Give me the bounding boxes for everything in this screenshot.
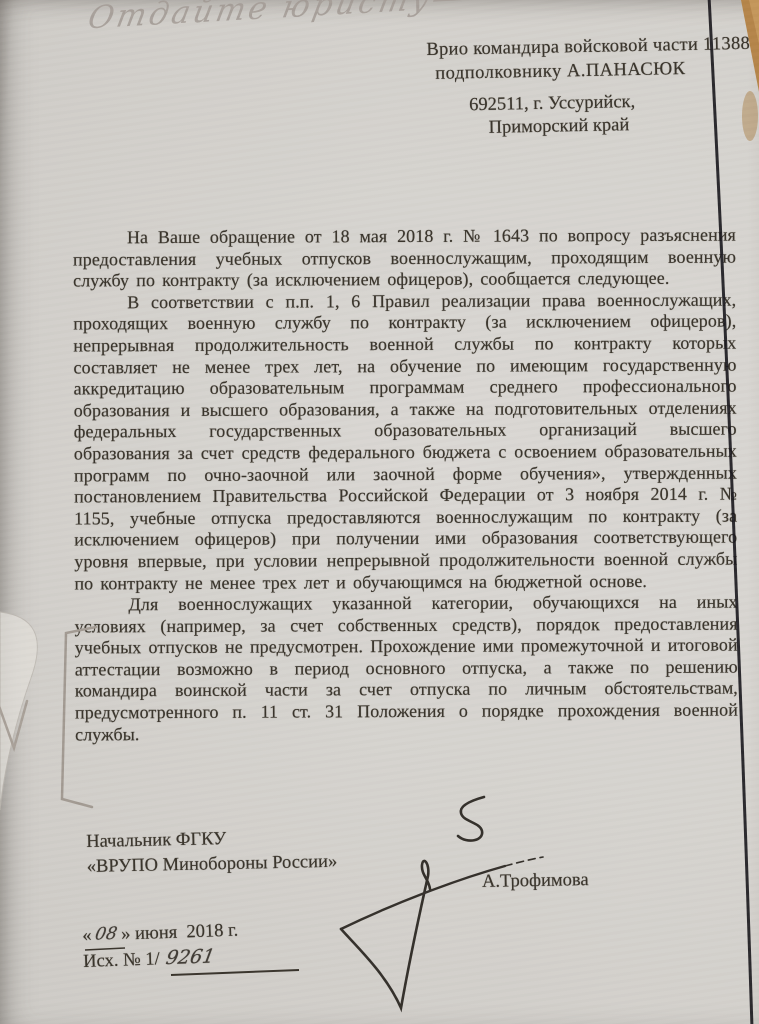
scanned-letter-page: Отдайте юристу— Врио командира войсковой… <box>0 0 759 1024</box>
date-open-quote: « <box>82 926 92 946</box>
date-close-quote: » <box>121 924 131 944</box>
handwritten-outgoing-number: 9261 <box>164 945 216 969</box>
date-month-year: июня 2018 г. <box>135 921 239 945</box>
recipient-line-1: Врио командира войсковой части 11388 <box>426 34 750 61</box>
signer-title-line-2: «ВРУПО Минобороны России» <box>87 850 338 880</box>
address-line-1: 692511, г. Уссурийск, <box>469 92 635 116</box>
outgoing-label: Исх. № 1/ <box>83 949 160 972</box>
body-paragraph-3: Для военнослужащих указанной категории, … <box>74 592 738 746</box>
handwritten-pencil-note: Отдайте юристу— <box>85 0 511 36</box>
outgoing-number-line: Исх. № 1/9261 <box>83 945 240 974</box>
footer-block: «08» июня 2018 г. Исх. № 1/9261 <box>82 921 239 974</box>
signer-name: А.Трофимова <box>482 870 589 893</box>
signer-title-block: Начальник ФГКУ «ВРУПО Минобороны России» <box>86 825 337 880</box>
address-line-2: Приморский край <box>488 115 629 139</box>
letter-body: На Ваше обращение от 18 мая 2018 г. № 16… <box>73 225 738 746</box>
recipient-line-2: подполковнику А.ПАНАСЮК <box>435 59 686 85</box>
body-paragraph-1: На Ваше обращение от 18 мая 2018 г. № 16… <box>73 225 736 293</box>
body-paragraph-2: В соответствии с п.п. 1, 6 Правил реализ… <box>73 289 737 594</box>
scan-content: Отдайте юристу— Врио командира войсковой… <box>0 0 759 1024</box>
handwritten-day: 08 <box>94 924 119 945</box>
